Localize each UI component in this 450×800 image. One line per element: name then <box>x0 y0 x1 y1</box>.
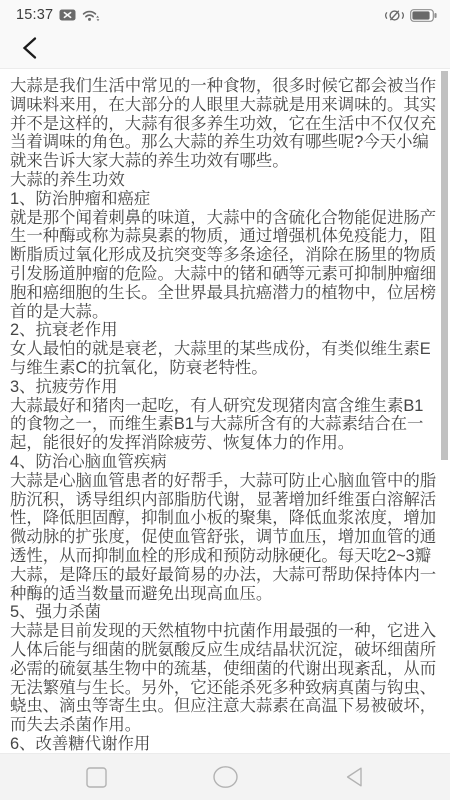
battery-icon <box>410 9 437 22</box>
status-bar-right <box>384 9 437 22</box>
article-paragraph-4: 大蒜是心脑血管患者的好帮手，大蒜可防止心脑血管中的脂肪沉积，诱导组织内部脂肪代谢… <box>10 472 437 604</box>
article-heading-5: 5、强力杀菌 <box>10 603 437 622</box>
article-heading-6: 6、改善糖代谢作用 <box>10 735 437 753</box>
wifi-icon <box>82 9 101 22</box>
vibrate-mute-icon <box>384 9 405 22</box>
article-heading-3: 3、抗疲劳作用 <box>10 378 437 397</box>
article-heading-2: 2、抗衰老作用 <box>10 321 437 340</box>
no-sim-icon <box>59 9 76 21</box>
header <box>0 28 450 69</box>
bottom-nav-bar <box>0 753 450 800</box>
scrollbar-thumb[interactable] <box>441 71 448 460</box>
article-paragraph-2: 女人最怕的就是衰老，大蒜里的某些成份，有类似维生素E与维生素C的抗氧化，防衰老特… <box>10 340 437 378</box>
article-heading-4: 4、防治心脑血管疾病 <box>10 453 437 472</box>
article-heading-benefits: 大蒜的养生功效 <box>10 171 437 190</box>
back-triangle-icon[interactable] <box>339 762 369 792</box>
article-heading-1: 1、防治肿瘤和癌症 <box>10 190 437 209</box>
article-paragraph-intro: 大蒜是我们生活中常见的一种食物，很多时候它都会被当作调味料来用，在大部分的人眼里… <box>10 77 437 171</box>
article-paragraph-5: 大蒜是目前发现的天然植物中抗菌作用最强的一种，它进入人体后能与细菌的胱氨酸反应生… <box>10 622 437 735</box>
article-content[interactable]: 大蒜是我们生活中常见的一种食物，很多时候它都会被当作调味料来用，在大部分的人眼里… <box>0 70 450 753</box>
clock-time: 15:37 <box>16 7 53 23</box>
home-circle-icon[interactable] <box>210 762 240 792</box>
status-bar: 15:37 <box>0 0 450 28</box>
recents-square-icon[interactable] <box>81 762 111 792</box>
article-paragraph-3: 大蒜最好和猪肉一起吃，有人研究发现猪肉富含维生素B1的食物之一，而维生素B1与大… <box>10 397 437 453</box>
article-paragraph-1: 就是那个闻着刺鼻的味道，大蒜中的含硫化合物能促进肠产生一种酶或称为蒜臭素的物质，… <box>10 209 437 322</box>
back-button[interactable] <box>15 33 45 63</box>
status-bar-left: 15:37 <box>16 7 101 23</box>
